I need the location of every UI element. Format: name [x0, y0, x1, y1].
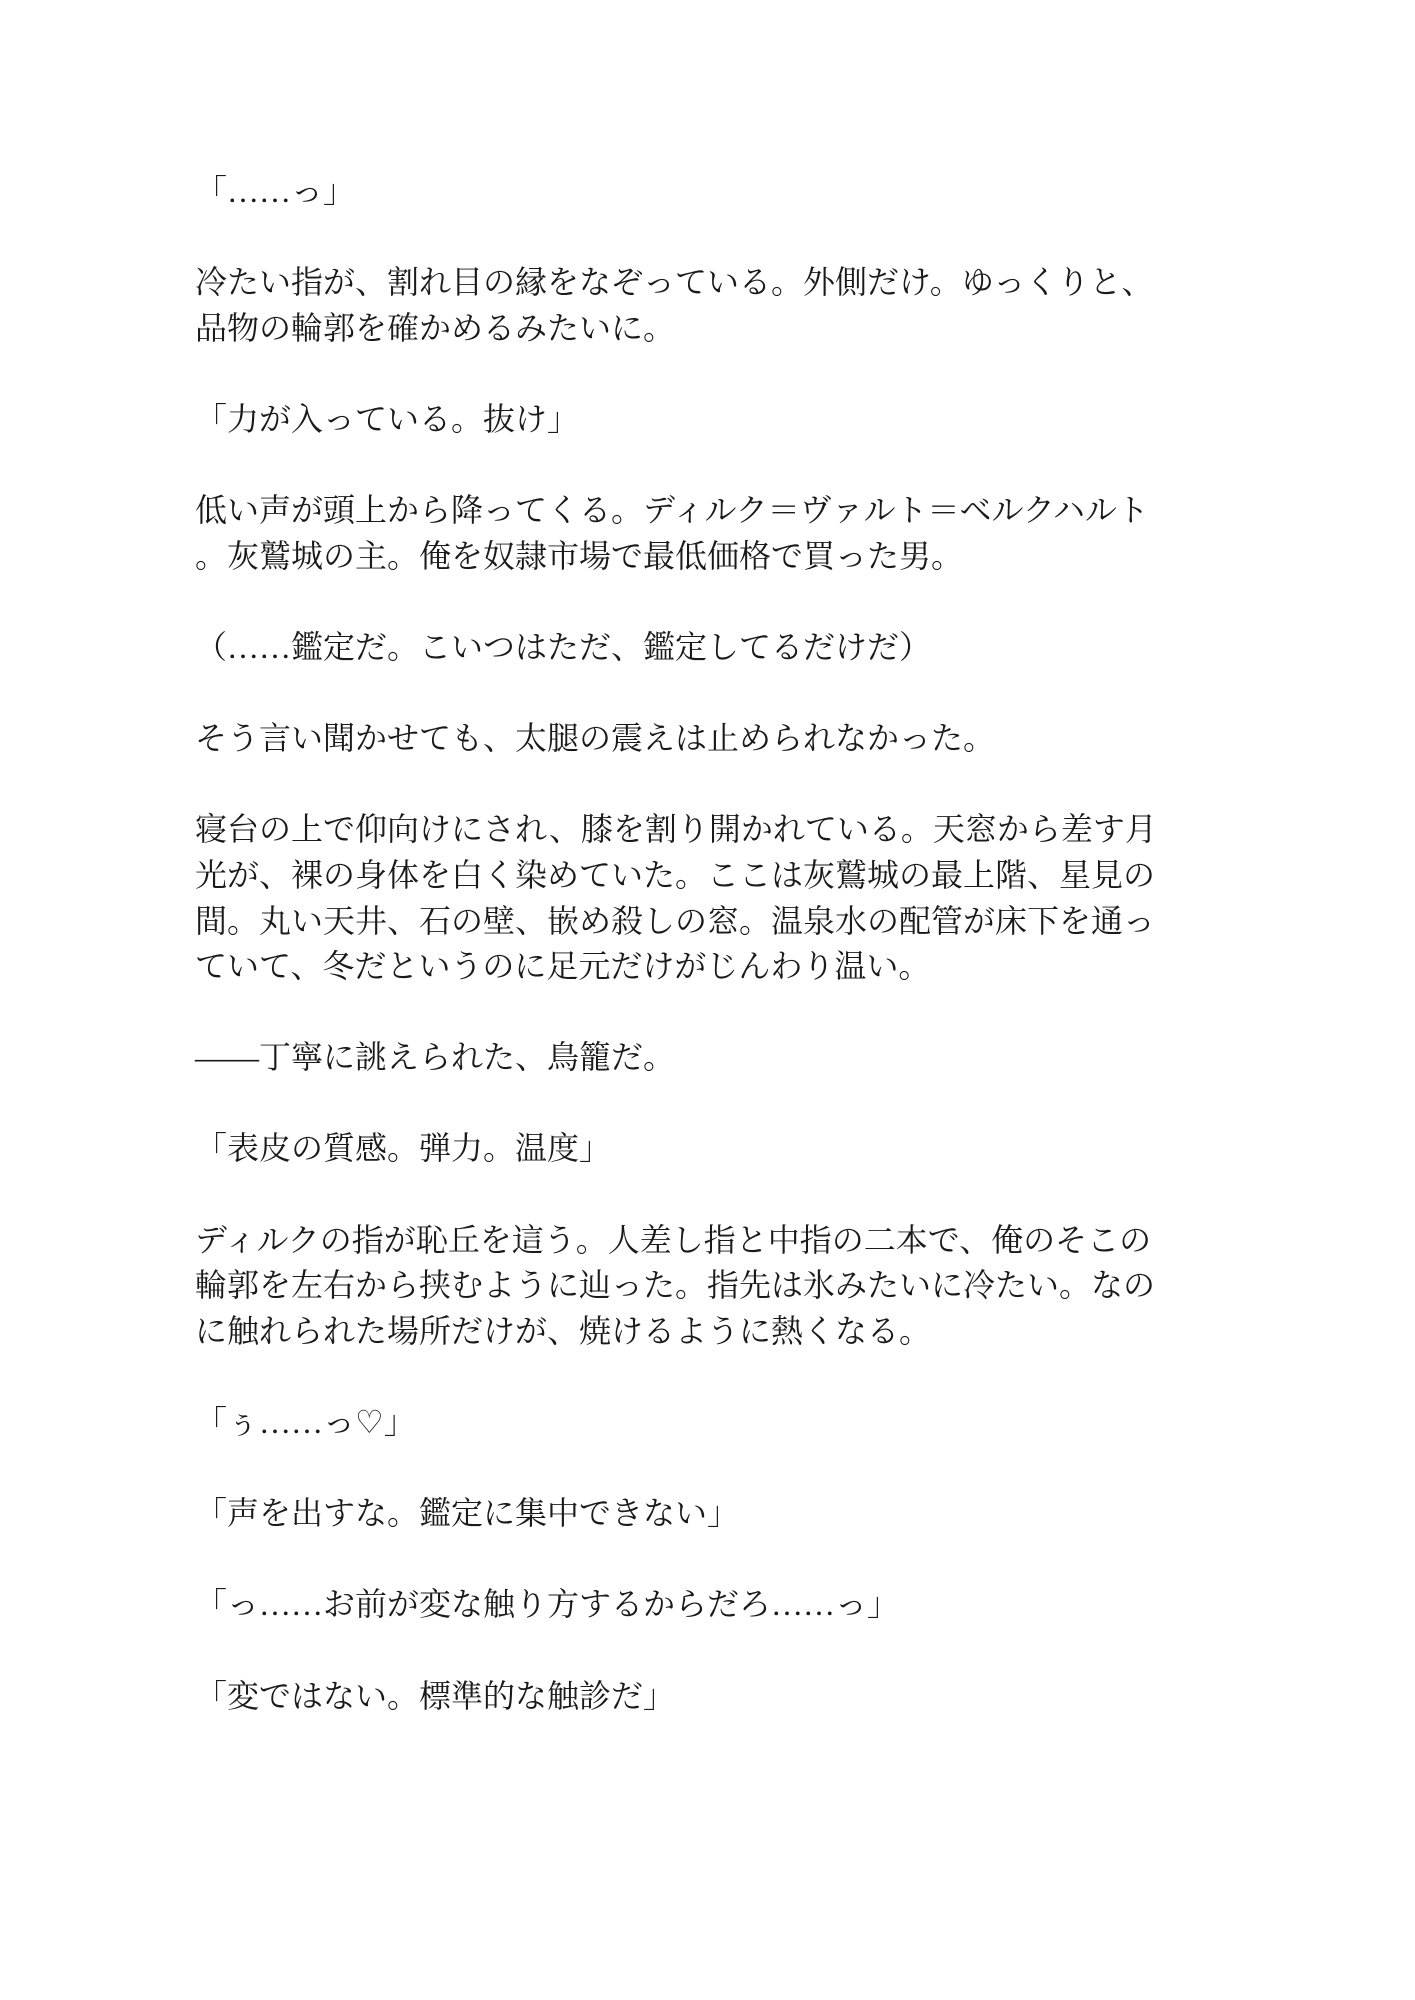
blank-line	[195, 443, 1235, 489]
blank-line	[195, 671, 1235, 717]
text-line: ——丁寧に誂えられた、鳥籠だ。	[195, 1035, 1235, 1081]
blank-line	[195, 990, 1235, 1036]
blank-line	[195, 1081, 1235, 1127]
text-line: 。灰鷲城の主。俺を奴隷市場で最低価格で買った男。	[195, 534, 1235, 580]
text-line: 「力が入っている。抜け」	[195, 397, 1235, 443]
text-line: 輪郭を左右から挟むように辿った。指先は氷みたいに冷たい。なの	[195, 1263, 1235, 1309]
blank-line	[195, 1628, 1235, 1674]
text-line: 光が、裸の身体を白く染めていた。ここは灰鷲城の最上階、星見の	[195, 853, 1235, 899]
text-line: そう言い聞かせても、太腿の震えは止められなかった。	[195, 716, 1235, 762]
text-line: 間。丸い天井、石の壁、嵌め殺しの窓。温泉水の配管が床下を通っ	[195, 899, 1235, 945]
blank-line	[195, 1354, 1235, 1400]
text-line: 冷たい指が、割れ目の縁をなぞっている。外側だけ。ゆっくりと、	[195, 260, 1235, 306]
text-line: に触れられた場所だけが、焼けるように熱くなる。	[195, 1309, 1235, 1355]
blank-line	[195, 351, 1235, 397]
blank-line	[195, 1446, 1235, 1492]
text-line: 「っ……お前が変な触り方するからだろ……っ」	[195, 1582, 1235, 1628]
document-page: 「……っ」 冷たい指が、割れ目の縁をなぞっている。外側だけ。ゆっくりと、品物の輪…	[195, 169, 1235, 1719]
blank-line	[195, 1172, 1235, 1218]
text-line: 「ぅ……っ♡」	[195, 1400, 1235, 1446]
blank-line	[195, 215, 1235, 261]
text-line: 「声を出すな。鑑定に集中できない」	[195, 1491, 1235, 1537]
text-line: 寝台の上で仰向けにされ、膝を割り開かれている。天窓から差す月	[195, 807, 1235, 853]
text-line: ていて、冬だというのに足元だけがじんわり温い。	[195, 944, 1235, 990]
text-line: 低い声が頭上から降ってくる。ディルク＝ヴァルト＝ベルクハルト	[195, 488, 1235, 534]
text-line: 「表皮の質感。弾力。温度」	[195, 1126, 1235, 1172]
text-lines: 「……っ」 冷たい指が、割れ目の縁をなぞっている。外側だけ。ゆっくりと、品物の輪…	[195, 169, 1235, 1719]
blank-line	[195, 579, 1235, 625]
text-line: （……鑑定だ。こいつはただ、鑑定してるだけだ）	[195, 625, 1235, 671]
text-line: ディルクの指が恥丘を這う。人差し指と中指の二本で、俺のそこの	[195, 1218, 1235, 1264]
blank-line	[195, 1537, 1235, 1583]
blank-line	[195, 762, 1235, 808]
text-line: 品物の輪郭を確かめるみたいに。	[195, 306, 1235, 352]
text-line: 「……っ」	[195, 169, 1235, 215]
text-line: 「変ではない。標準的な触診だ」	[195, 1674, 1235, 1720]
